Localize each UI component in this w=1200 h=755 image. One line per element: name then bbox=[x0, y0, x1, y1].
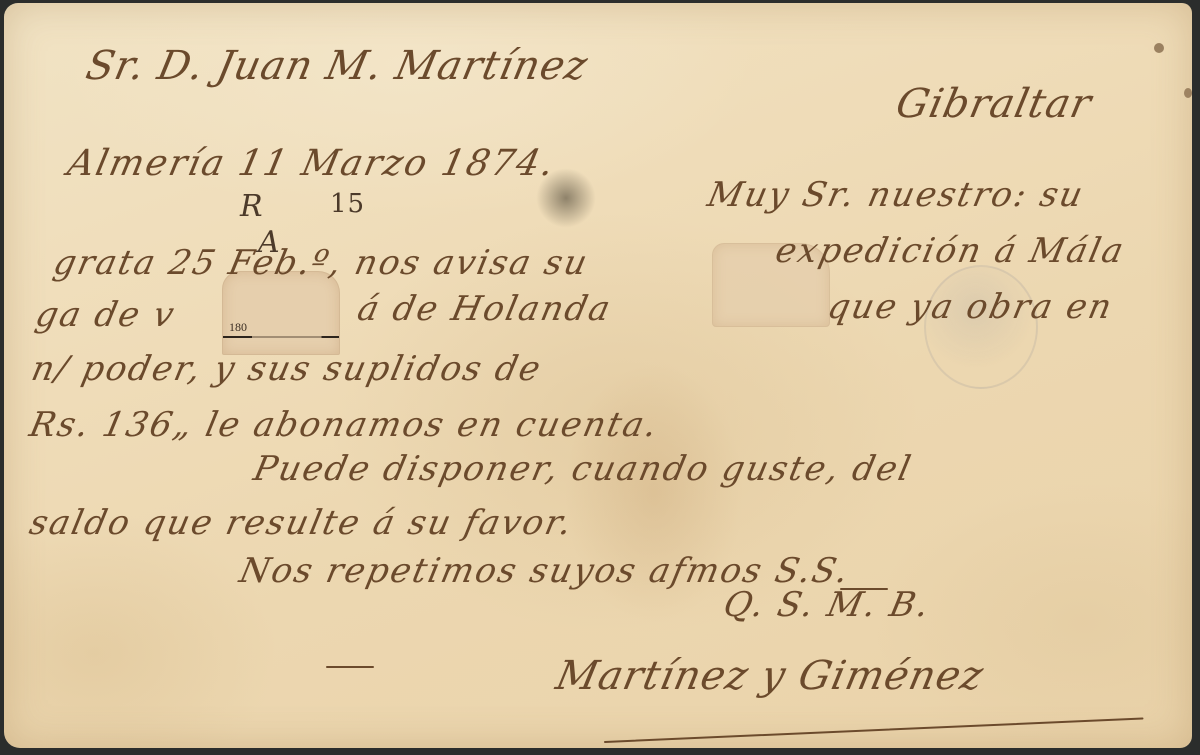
postcard: 180 Sr. D. Juan M. Martínez Gibraltar Al… bbox=[4, 3, 1192, 748]
faint-postmark bbox=[924, 265, 1038, 389]
edge-spot bbox=[1154, 43, 1164, 53]
edge-spot bbox=[1184, 88, 1192, 98]
signature: Martínez y Giménez bbox=[552, 653, 988, 699]
body-line-1: Muy Sr. nuestro: su bbox=[704, 175, 1088, 215]
recipient-city: Gibraltar bbox=[892, 81, 1096, 127]
paper-repair-patch: 180 bbox=[222, 271, 340, 355]
closing-dash bbox=[326, 666, 374, 668]
registration-mark-r: R bbox=[240, 189, 264, 224]
body-line-3c: que ya obra en bbox=[824, 287, 1117, 327]
signature-flourish bbox=[604, 717, 1144, 743]
body-line-3b: á de Holanda bbox=[354, 289, 615, 329]
recipient-name: Sr. D. Juan M. Martínez bbox=[82, 43, 592, 89]
body-line-9: Q. S. M. B. bbox=[720, 585, 934, 625]
patch-rule-line bbox=[223, 336, 339, 338]
body-line-2a: grata 25 Feb.º, nos avisa su bbox=[50, 243, 592, 283]
body-line-3a: ga de v bbox=[32, 295, 179, 335]
body-line-5: Rs. 136„ le abonamos en cuenta. bbox=[26, 405, 662, 445]
dateline: Almería 11 Marzo 1874. bbox=[64, 143, 559, 184]
body-line-7: saldo que resulte á su favor. bbox=[26, 503, 577, 543]
registration-number: 15 bbox=[330, 189, 365, 219]
patch-printed-number: 180 bbox=[229, 320, 247, 335]
body-line-2b: expedición á Mála bbox=[772, 231, 1129, 271]
body-line-6: Puede disponer, cuando guste, del bbox=[250, 449, 916, 489]
body-line-4: n/ poder, y sus suplidos de bbox=[28, 349, 546, 389]
